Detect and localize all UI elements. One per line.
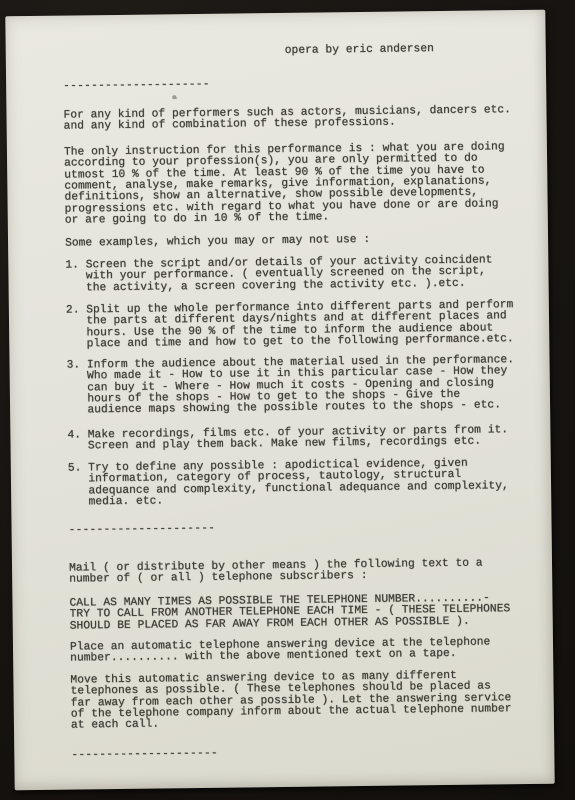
divider-middle: --------------------- (69, 524, 216, 537)
divider-bottom: --------------------- (71, 749, 218, 762)
document-title: opera by eric andersen (285, 44, 434, 57)
divider-top: --------------------- (63, 80, 210, 93)
paper-sheet: opera by eric andersen -----------------… (5, 10, 554, 791)
example-item-1: 1. Screen the script and/or details of y… (65, 255, 492, 294)
example-item-2: 2. Split up the whole performance into d… (66, 300, 514, 351)
paragraph-mail-intro: Mail ( or distribute by other means ) th… (69, 559, 483, 587)
scan-background: opera by eric andersen -----------------… (0, 0, 575, 800)
example-item-5: 5. Try to define any possible : apodicti… (68, 458, 509, 509)
paragraph-performers: For any kind of performers such as actor… (63, 105, 511, 133)
example-item-3: 3. Inform the audience about the materia… (67, 355, 515, 417)
paragraph-move-device: Move this automatic answering device to … (70, 670, 511, 732)
ink-speck (172, 95, 176, 99)
example-item-4: 4. Make recordings, films etc. of your a… (67, 425, 508, 453)
paragraph-call-text: CALL AS MANY TIMES AS POSSIBLE THE TELEP… (69, 593, 510, 632)
paragraph-examples-intro: Some examples, which you may or may not … (65, 235, 370, 250)
paragraph-answering-device: Place an automatic telephone answering d… (70, 637, 491, 665)
paragraph-instruction: The only instruction for this performanc… (64, 142, 506, 227)
